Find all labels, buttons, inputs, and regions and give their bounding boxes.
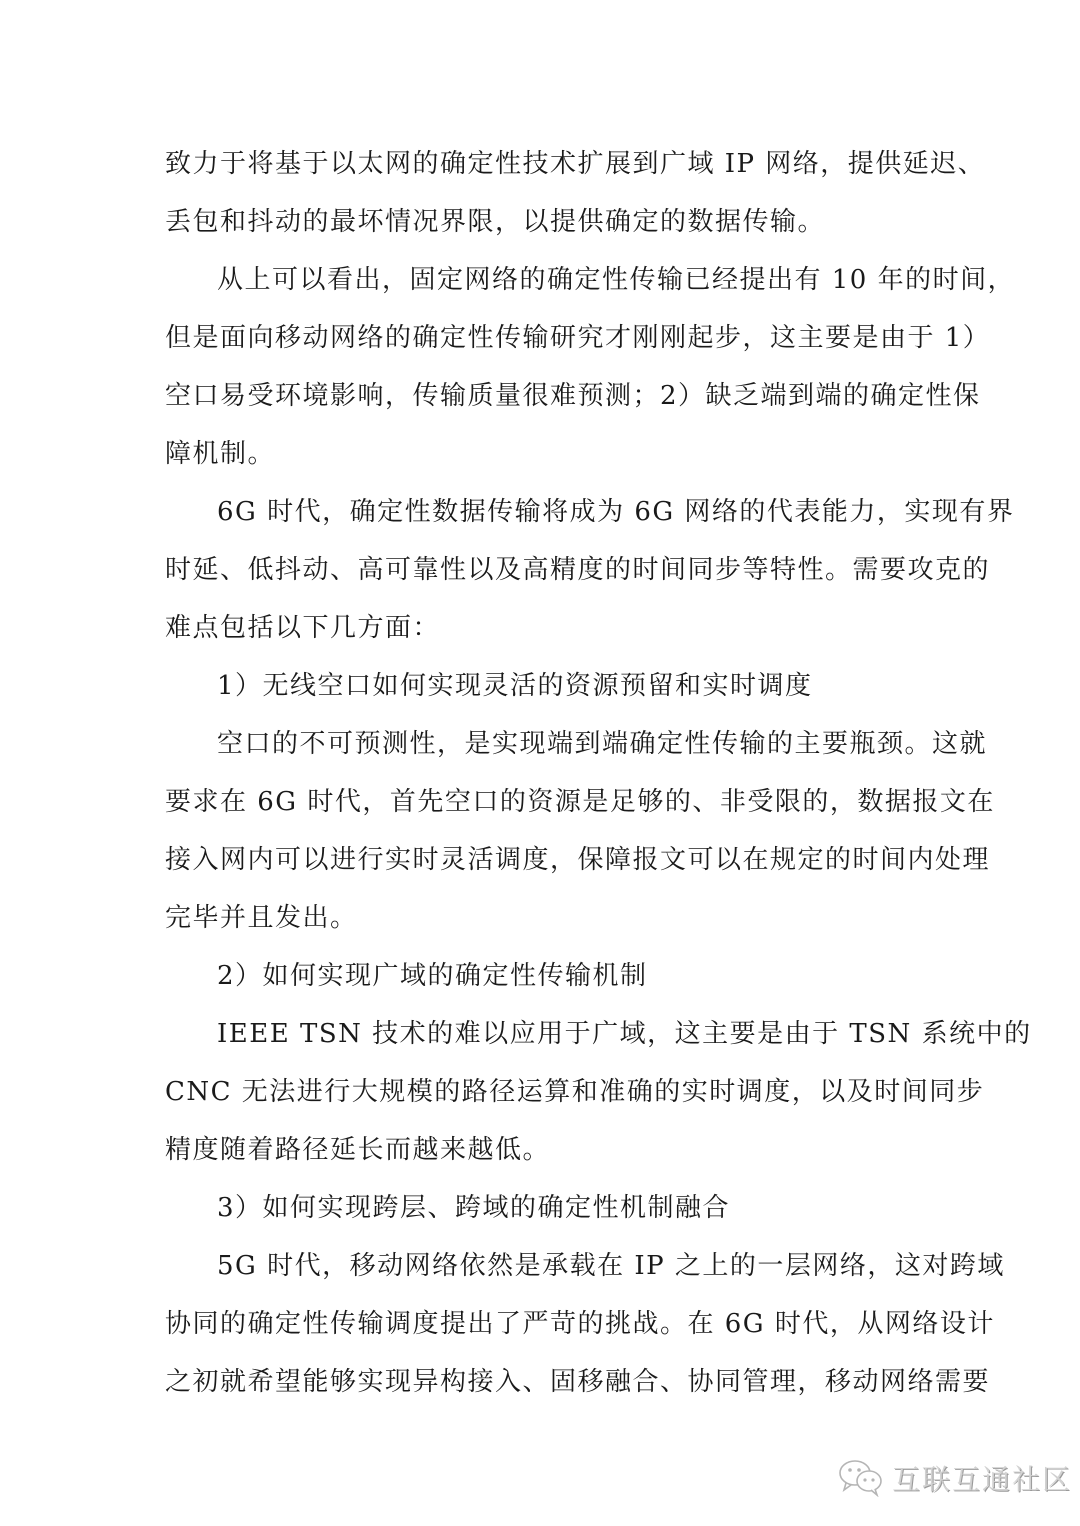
text-line: 致力于将基于以太网的确定性技术扩展到广域 IP 网络，提供延迟、 <box>165 146 917 204</box>
paragraph-continuation: 致力于将基于以太网的确定性技术扩展到广域 IP 网络，提供延迟、 丢包和抖动的最… <box>165 146 917 262</box>
heading-text: 3）如何实现跨层、跨域的确定性机制融合 <box>165 1190 917 1248</box>
text-line: 6G 时代，确定性数据传输将成为 6G 网络的代表能力，实现有界 <box>165 494 917 552</box>
text-line: IEEE TSN 技术的难以应用于广域，这主要是由于 TSN 系统中的 <box>165 1016 917 1074</box>
watermark: 互联互通社区 <box>838 1458 1072 1498</box>
text-line: 障机制。 <box>165 436 917 494</box>
text-line: 完毕并且发出。 <box>165 900 917 958</box>
text-line: 难点包括以下几方面： <box>165 610 917 668</box>
text-line: 丢包和抖动的最坏情况界限，以提供确定的数据传输。 <box>165 204 917 262</box>
text-line: 协同的确定性传输调度提出了严苛的挑战。在 6G 时代，从网络设计 <box>165 1306 917 1364</box>
text-line: 从上可以看出，固定网络的确定性传输已经提出有 10 年的时间， <box>165 262 917 320</box>
text-line: 接入网内可以进行实时灵活调度，保障报文可以在规定的时间内处理 <box>165 842 917 900</box>
paragraph-air-interface: 空口的不可预测性，是实现端到端确定性传输的主要瓶颈。这就 要求在 6G 时代，首… <box>165 726 917 958</box>
watermark-text: 互联互通社区 <box>892 1458 1072 1498</box>
document-page: 致力于将基于以太网的确定性技术扩展到广域 IP 网络，提供延迟、 丢包和抖动的最… <box>165 146 917 1422</box>
text-line: CNC 无法进行大规模的路径运算和准确的实时调度，以及时间同步 <box>165 1074 917 1132</box>
text-line: 时延、低抖动、高可靠性以及高精度的时间同步等特性。需要攻克的 <box>165 552 917 610</box>
heading-text: 1）无线空口如何实现灵活的资源预留和实时调度 <box>165 668 917 726</box>
text-line: 要求在 6G 时代，首先空口的资源是足够的、非受限的，数据报文在 <box>165 784 917 842</box>
wechat-icon <box>838 1459 884 1497</box>
text-line: 但是面向移动网络的确定性传输研究才刚刚起步，这主要是由于 1） <box>165 320 917 378</box>
text-line: 精度随着路径延长而越来越低。 <box>165 1132 917 1190</box>
paragraph-tsn: IEEE TSN 技术的难以应用于广域，这主要是由于 TSN 系统中的 CNC … <box>165 1016 917 1190</box>
paragraph-fixed-network: 从上可以看出，固定网络的确定性传输已经提出有 10 年的时间， 但是面向移动网络… <box>165 262 917 494</box>
text-line: 之初就希望能够实现异构接入、固移融合、协同管理，移动网络需要 <box>165 1364 917 1422</box>
section-heading-2: 2）如何实现广域的确定性传输机制 <box>165 958 917 1016</box>
text-line: 空口的不可预测性，是实现端到端确定性传输的主要瓶颈。这就 <box>165 726 917 784</box>
section-heading-1: 1）无线空口如何实现灵活的资源预留和实时调度 <box>165 668 917 726</box>
text-line: 空口易受环境影响，传输质量很难预测；2）缺乏端到端的确定性保 <box>165 378 917 436</box>
paragraph-5g-era: 5G 时代，移动网络依然是承载在 IP 之上的一层网络，这对跨域 协同的确定性传… <box>165 1248 917 1422</box>
heading-text: 2）如何实现广域的确定性传输机制 <box>165 958 917 1016</box>
text-line: 5G 时代，移动网络依然是承载在 IP 之上的一层网络，这对跨域 <box>165 1248 917 1306</box>
section-heading-3: 3）如何实现跨层、跨域的确定性机制融合 <box>165 1190 917 1248</box>
paragraph-6g-era: 6G 时代，确定性数据传输将成为 6G 网络的代表能力，实现有界 时延、低抖动、… <box>165 494 917 668</box>
